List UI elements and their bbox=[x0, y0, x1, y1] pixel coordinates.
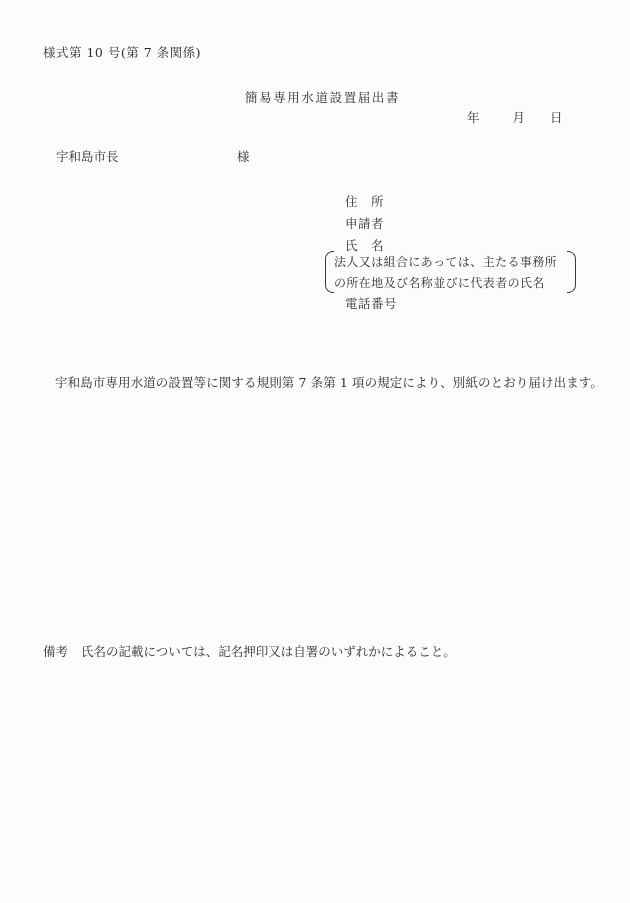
date-year-label: 年 bbox=[467, 112, 480, 125]
applicant-name-label: 氏 名 bbox=[345, 240, 384, 253]
date-month-label: 月 bbox=[513, 112, 526, 125]
addressee-honorific: 様 bbox=[237, 151, 250, 164]
date-day-label: 日 bbox=[550, 112, 563, 125]
addressee-line: 宇和島市長 様 bbox=[56, 151, 356, 164]
right-parenthesis-bracket bbox=[567, 251, 576, 293]
remarks-text: 氏名の記載については、記名押印又は自署のいずれかによること。 bbox=[81, 644, 456, 659]
corporate-note-line1: 法人又は組合にあっては、主たる事務所 bbox=[334, 256, 557, 268]
applicant-phone-label: 電話番号 bbox=[345, 298, 397, 311]
remarks-label: 備考 bbox=[43, 644, 68, 659]
form-number: 様式第 10 号(第 7 条関係) bbox=[43, 47, 201, 60]
addressee-name: 宇和島市長 bbox=[56, 149, 119, 164]
applicant-address-label: 住 所 bbox=[345, 196, 384, 209]
document-title: 簡易専用水道設置届出書 bbox=[245, 92, 400, 105]
corporate-note-line2: の所在地及び名称並びに代表者の氏名 bbox=[334, 277, 545, 289]
left-parenthesis-bracket bbox=[325, 251, 334, 293]
applicant-role-label: 申請者 bbox=[345, 218, 384, 231]
document-page: 様式第 10 号(第 7 条関係) 簡易専用水道設置届出書 年 月 日 宇和島市… bbox=[0, 0, 630, 903]
remarks-line: 備考氏名の記載については、記名押印又は自署のいずれかによること。 bbox=[43, 646, 456, 659]
date-line: 年 月 日 bbox=[467, 112, 563, 125]
notification-body-text: 宇和島市専用水道の設置等に関する規則第 7 条第 1 項の規定により、別紙のとお… bbox=[55, 377, 603, 390]
